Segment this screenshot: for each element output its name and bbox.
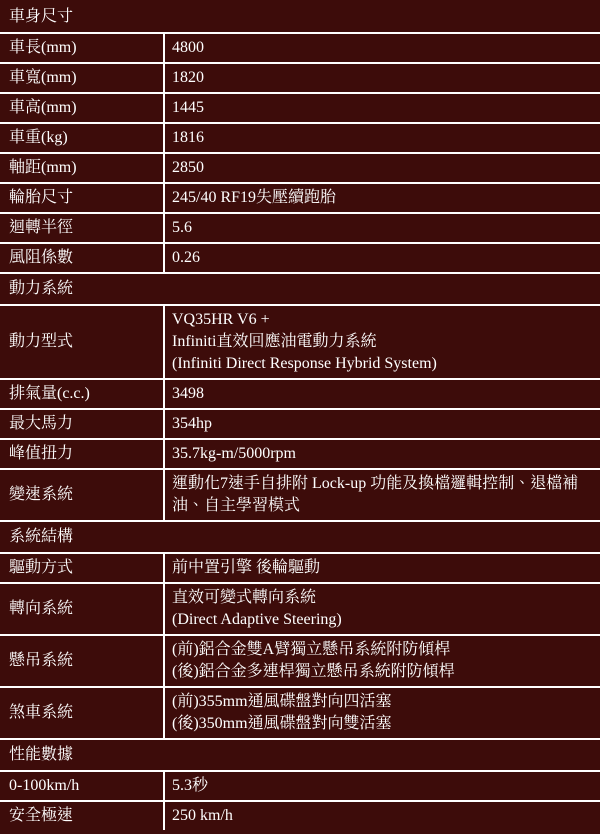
spec-value: 354hp bbox=[164, 409, 600, 439]
spec-row: 煞車系統(前)355mm通風碟盤對向四活塞(後)350mm通風碟盤對向雙活塞 bbox=[1, 687, 600, 739]
spec-label: 排氣量(c.c.) bbox=[1, 379, 164, 409]
spec-label: 懸吊系統 bbox=[1, 635, 164, 687]
spec-row: 轉向系統直效可變式轉向系統(Direct Adaptive Steering) bbox=[1, 583, 600, 635]
spec-label: 煞車系統 bbox=[1, 687, 164, 739]
spec-label: 迴轉半徑 bbox=[1, 213, 164, 243]
spec-label: 車高(mm) bbox=[1, 93, 164, 123]
spec-value: 5.6 bbox=[164, 213, 600, 243]
spec-value: 2850 bbox=[164, 153, 600, 183]
spec-value-line: (後)350mm通風碟盤對向雙活塞 bbox=[172, 715, 392, 732]
section-title: 系統結構 bbox=[1, 521, 600, 553]
section-header-row: 性能數據 bbox=[1, 739, 600, 771]
spec-label: 0-100km/h bbox=[1, 771, 164, 801]
spec-label: 最大馬力 bbox=[1, 409, 164, 439]
spec-value-line: (Infiniti Direct Response Hybrid System) bbox=[172, 355, 437, 372]
spec-label: 輪胎尺寸 bbox=[1, 183, 164, 213]
spec-value: VQ35HR V6 +Infiniti直效回應油電動力系統(Infiniti D… bbox=[164, 305, 600, 379]
spec-row: 迴轉半徑5.6 bbox=[1, 213, 600, 243]
spec-value: 0.26 bbox=[164, 243, 600, 273]
spec-value: 35.7kg-m/5000rpm bbox=[164, 439, 600, 469]
spec-value-line: 直效可變式轉向系統 bbox=[172, 589, 316, 606]
spec-label: 車重(kg) bbox=[1, 123, 164, 153]
section-title: 性能數據 bbox=[1, 739, 600, 771]
spec-value: (前)355mm通風碟盤對向四活塞(後)350mm通風碟盤對向雙活塞 bbox=[164, 687, 600, 739]
spec-row: 風阻係數0.26 bbox=[1, 243, 600, 273]
spec-table-body: 車身尺寸車長(mm)4800車寬(mm)1820車高(mm)1445車重(kg)… bbox=[1, 1, 600, 831]
spec-row: 輪胎尺寸245/40 RF19失壓續跑胎 bbox=[1, 183, 600, 213]
section-title: 動力系統 bbox=[1, 273, 600, 305]
spec-row: 懸吊系統(前)鋁合金雙A臂獨立懸吊系統附防傾桿(後)鋁合金多連桿獨立懸吊系統附防… bbox=[1, 635, 600, 687]
spec-row: 排氣量(c.c.)3498 bbox=[1, 379, 600, 409]
spec-value: 3498 bbox=[164, 379, 600, 409]
spec-value: 245/40 RF19失壓續跑胎 bbox=[164, 183, 600, 213]
spec-value: 5.3秒 bbox=[164, 771, 600, 801]
section-header-row: 車身尺寸 bbox=[1, 1, 600, 33]
section-header-row: 動力系統 bbox=[1, 273, 600, 305]
spec-sheet-page: 車身尺寸車長(mm)4800車寬(mm)1820車高(mm)1445車重(kg)… bbox=[0, 0, 600, 834]
spec-row: 最大馬力354hp bbox=[1, 409, 600, 439]
spec-value-line: (後)鋁合金多連桿獨立懸吊系統附防傾桿 bbox=[172, 663, 455, 680]
spec-value-line: Infiniti直效回應油電動力系統 bbox=[172, 333, 376, 350]
spec-row: 安全極速250 km/h bbox=[1, 801, 600, 831]
spec-row: 車重(kg)1816 bbox=[1, 123, 600, 153]
spec-value: 直效可變式轉向系統(Direct Adaptive Steering) bbox=[164, 583, 600, 635]
spec-value-line: (前)355mm通風碟盤對向四活塞 bbox=[172, 693, 392, 710]
section-header-row: 系統結構 bbox=[1, 521, 600, 553]
spec-label: 車寬(mm) bbox=[1, 63, 164, 93]
spec-row: 車寬(mm)1820 bbox=[1, 63, 600, 93]
spec-row: 峰值扭力35.7kg-m/5000rpm bbox=[1, 439, 600, 469]
spec-row: 動力型式VQ35HR V6 +Infiniti直效回應油電動力系統(Infini… bbox=[1, 305, 600, 379]
spec-value: 運動化7速手自排附 Lock-up 功能及換檔邏輯控制、退檔補油、自主學習模式 bbox=[164, 469, 600, 521]
spec-label: 驅動方式 bbox=[1, 553, 164, 583]
spec-row: 0-100km/h5.3秒 bbox=[1, 771, 600, 801]
spec-value-line: VQ35HR V6 + bbox=[172, 311, 270, 328]
spec-value: (前)鋁合金雙A臂獨立懸吊系統附防傾桿(後)鋁合金多連桿獨立懸吊系統附防傾桿 bbox=[164, 635, 600, 687]
spec-row: 車長(mm)4800 bbox=[1, 33, 600, 63]
spec-row: 軸距(mm)2850 bbox=[1, 153, 600, 183]
spec-row: 車高(mm)1445 bbox=[1, 93, 600, 123]
spec-value: 1820 bbox=[164, 63, 600, 93]
spec-value: 250 km/h bbox=[164, 801, 600, 831]
section-title: 車身尺寸 bbox=[1, 1, 600, 33]
car-spec-table: 車身尺寸車長(mm)4800車寬(mm)1820車高(mm)1445車重(kg)… bbox=[0, 0, 600, 832]
spec-label: 風阻係數 bbox=[1, 243, 164, 273]
spec-value: 1445 bbox=[164, 93, 600, 123]
spec-label: 動力型式 bbox=[1, 305, 164, 379]
spec-value-line: (Direct Adaptive Steering) bbox=[172, 611, 342, 628]
spec-label: 峰值扭力 bbox=[1, 439, 164, 469]
spec-row: 變速系統運動化7速手自排附 Lock-up 功能及換檔邏輯控制、退檔補油、自主學… bbox=[1, 469, 600, 521]
spec-value: 前中置引擎 後輪驅動 bbox=[164, 553, 600, 583]
spec-label: 車長(mm) bbox=[1, 33, 164, 63]
spec-value: 1816 bbox=[164, 123, 600, 153]
spec-value-line: (前)鋁合金雙A臂獨立懸吊系統附防傾桿 bbox=[172, 641, 450, 658]
spec-label: 軸距(mm) bbox=[1, 153, 164, 183]
spec-label: 安全極速 bbox=[1, 801, 164, 831]
spec-label: 轉向系統 bbox=[1, 583, 164, 635]
spec-label: 變速系統 bbox=[1, 469, 164, 521]
spec-value: 4800 bbox=[164, 33, 600, 63]
spec-row: 驅動方式前中置引擎 後輪驅動 bbox=[1, 553, 600, 583]
